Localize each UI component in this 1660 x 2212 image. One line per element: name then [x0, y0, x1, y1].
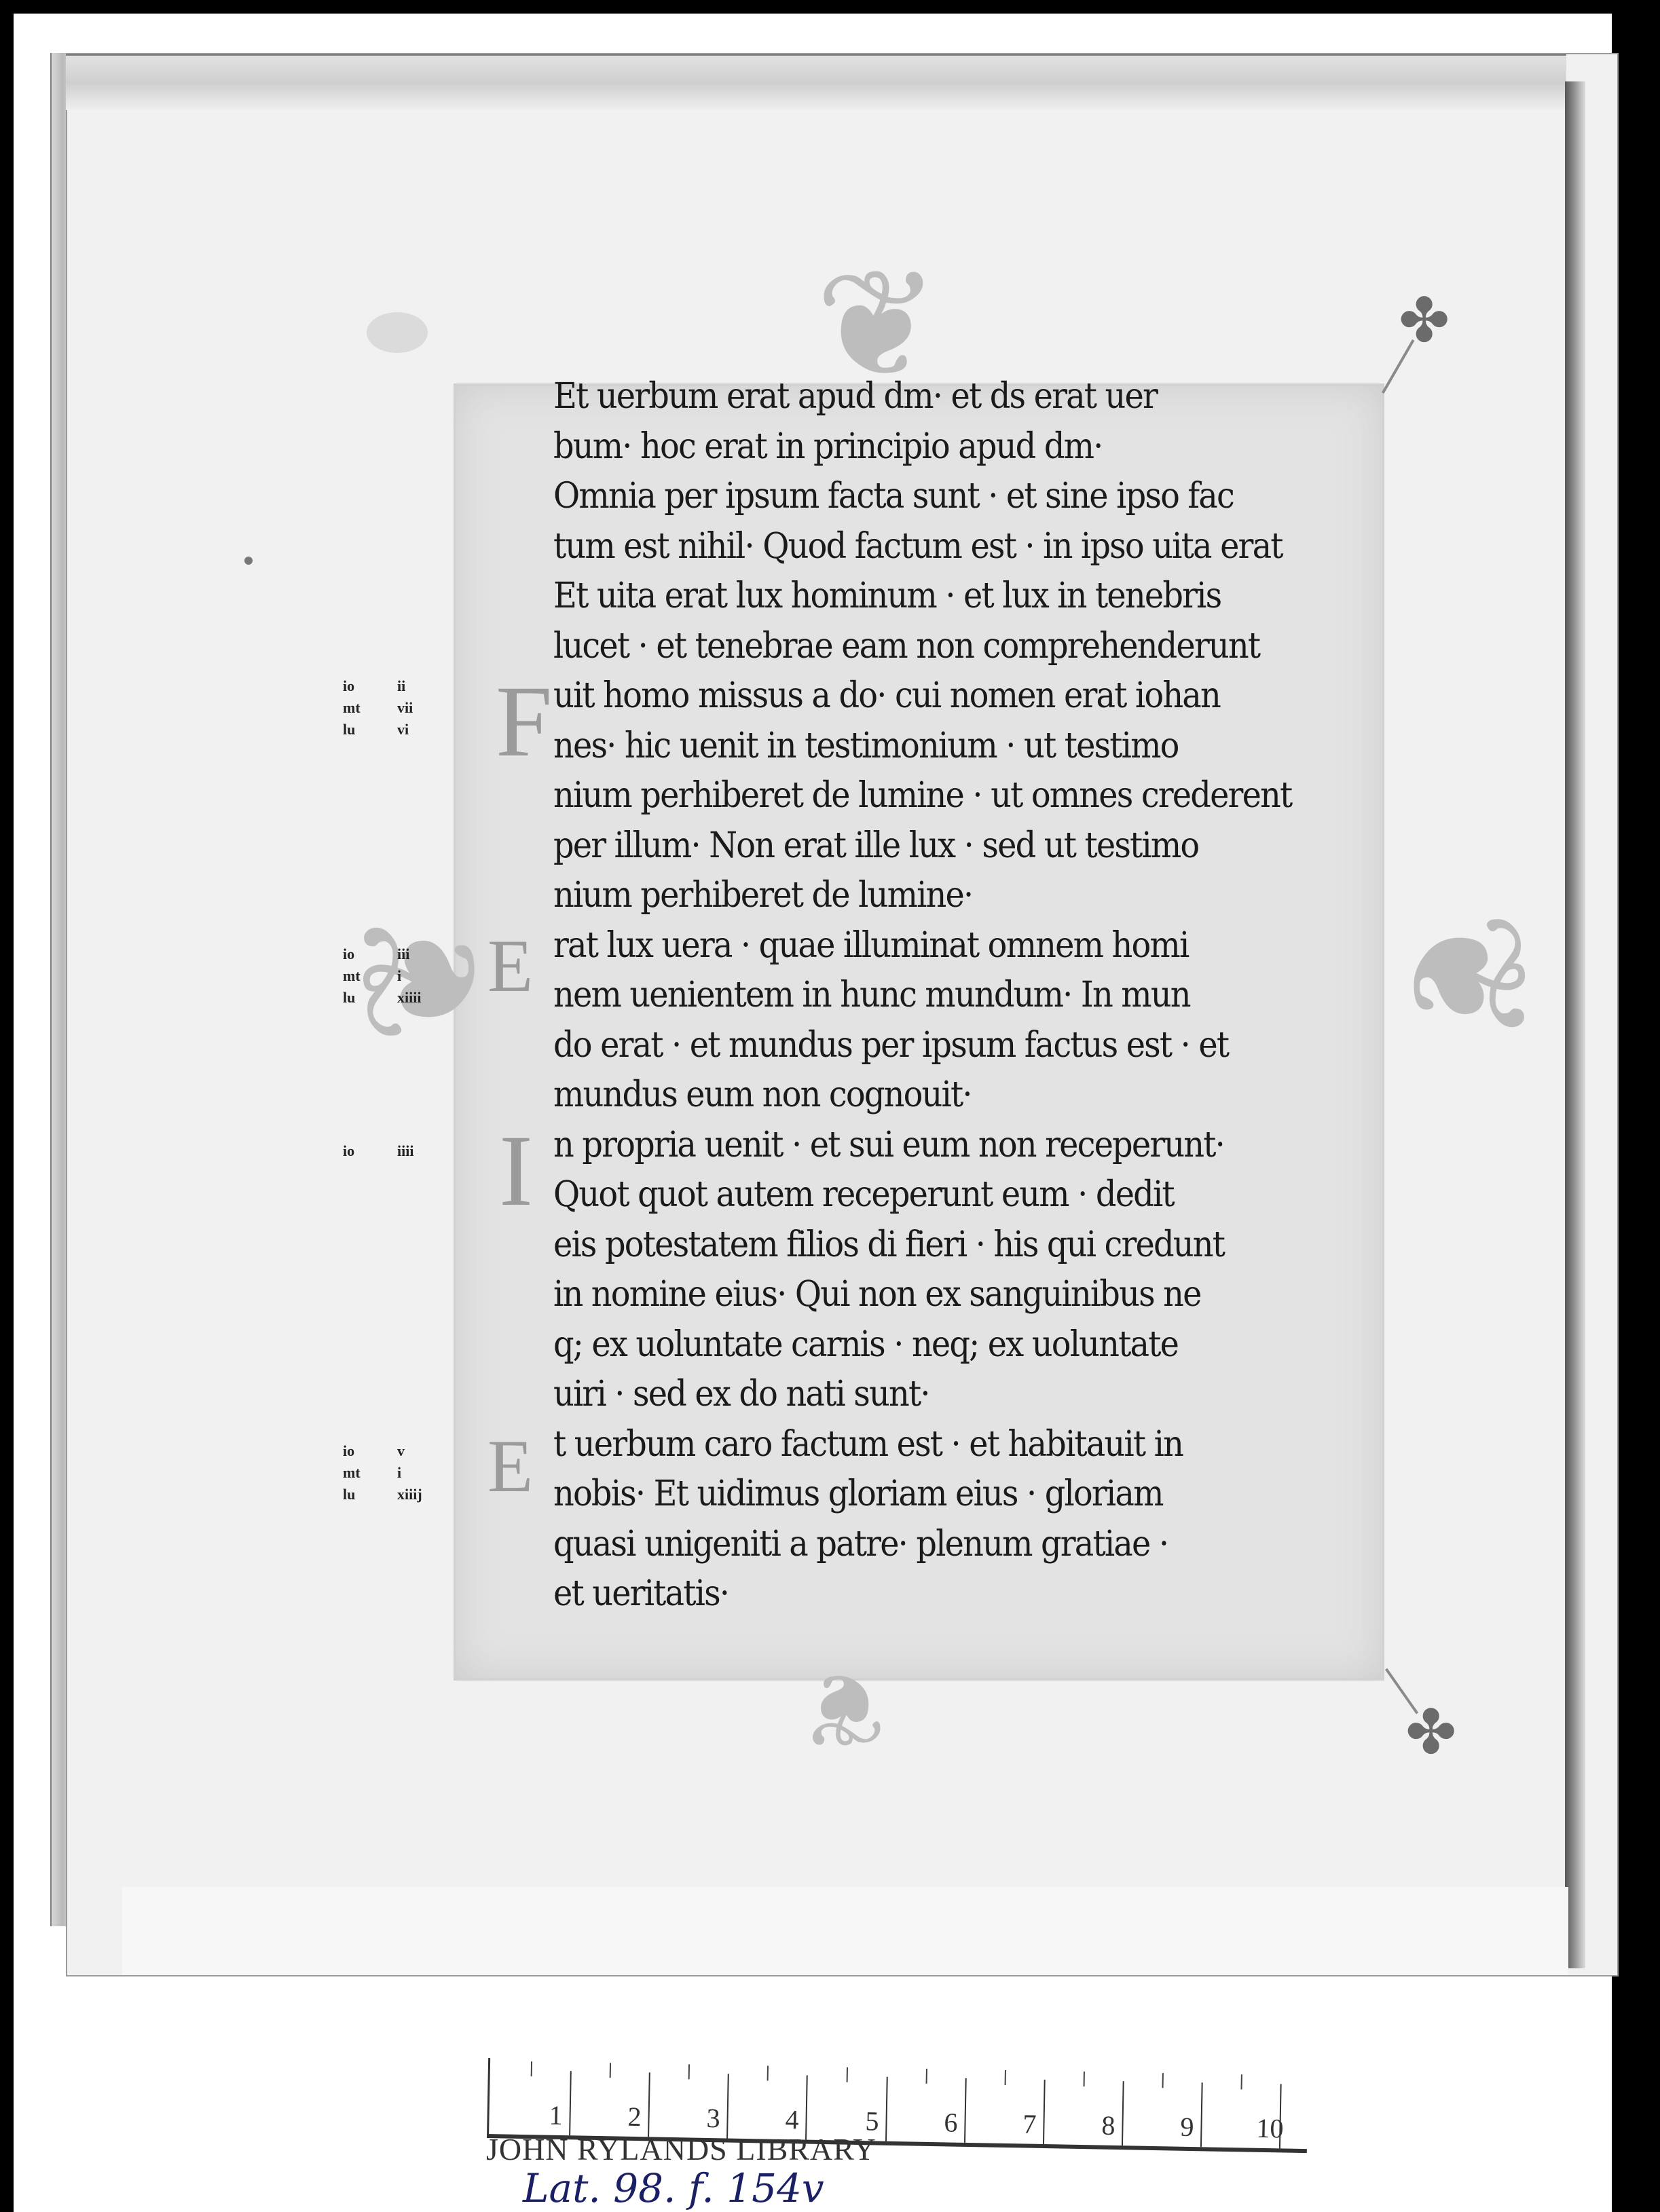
text-line: n propria uenit · et sui eum non receper… [553, 1121, 1303, 1171]
text-line: Et uita erat lux hominum · et lux in ten… [553, 571, 1303, 622]
initial-letter-e: E [487, 929, 533, 1003]
binding-gutter [1565, 81, 1585, 1968]
ruler-tick [964, 2078, 967, 2143]
initial-letter-i: I [499, 1120, 533, 1222]
text-line: nem uenientem in hunc mundum· In mun [553, 971, 1303, 1021]
ruler-half-tick [688, 2064, 690, 2079]
text-line: mundus eum non cognouit· [553, 1070, 1303, 1121]
stain [367, 312, 428, 353]
ruler-half-tick [610, 2063, 611, 2078]
section-number: i [397, 965, 401, 987]
text-line: per illum· Non erat ille lux · sed ut te… [553, 821, 1303, 871]
section-number: xiiij [397, 1484, 422, 1505]
ruler-number: 9 [1180, 2111, 1194, 2143]
text-line: eis potestatem filios di fieri · his qui… [553, 1220, 1303, 1271]
ruler-tick [885, 2077, 888, 2141]
ruler-half-tick [1162, 2073, 1164, 2088]
gospel-abbrev: mt [343, 1462, 378, 1484]
text-line: lucet · et tenebrae eam non comprehender… [553, 622, 1303, 672]
ruler-tick [648, 2072, 650, 2137]
text-line: nes· hic uenit in testimonium · ut testi… [553, 721, 1303, 772]
text-line: quasi unigeniti a patre· plenum gratiae … [553, 1520, 1303, 1570]
ruler-half-tick [1240, 2074, 1242, 2089]
gospel-abbrev: io [343, 1140, 378, 1162]
ruler-half-tick [926, 2069, 927, 2084]
text-line: tum est nihil· Quod factum est · in ipso… [553, 522, 1303, 572]
section-number: ii [397, 675, 405, 697]
gospel-text-block: Et uerbum erat apud dm· et ds erat uer b… [553, 372, 1368, 1619]
text-line: rat lux uera · quae illuminat omnem homi [553, 921, 1303, 971]
ruler-number: 3 [706, 2102, 720, 2134]
ruler-half-tick [767, 2066, 769, 2081]
gospel-abbrev: lu [343, 719, 378, 741]
text-line: Quot quot autem receperunt eum · dedit [553, 1170, 1303, 1220]
text-line: et ueritatis· [553, 1569, 1303, 1619]
text-line: t uerbum caro factum est · et habitauit … [553, 1420, 1303, 1470]
text-line: nium perhiberet de lumine· [553, 871, 1303, 921]
text-line: do erat · et mundus per ipsum factus est… [553, 1021, 1303, 1071]
gospel-abbrev: io [343, 675, 378, 697]
text-line: in nomine eius· Qui non ex sanguinibus n… [553, 1270, 1303, 1320]
section-number: iiii [397, 1140, 413, 1162]
ink-speck [244, 557, 253, 565]
ruler-tick [569, 2071, 572, 2135]
margin-note: ioiiii [343, 1140, 413, 1162]
ruler-tick [1122, 2081, 1124, 2145]
section-number: vii [397, 697, 413, 719]
section-number: v [397, 1440, 405, 1462]
section-number: vi [397, 719, 409, 741]
quatrefoil-icon: ✤ [1399, 285, 1450, 356]
margin-note: iov mti luxiiij [343, 1440, 422, 1505]
section-number: iii [397, 943, 409, 965]
ruler-tick [726, 2074, 729, 2138]
gospel-abbrev: mt [343, 965, 378, 987]
text-line: Et uerbum erat apud dm· et ds erat uer [553, 372, 1303, 422]
ruler-number: 10 [1256, 2112, 1284, 2145]
gospel-abbrev: io [343, 1440, 378, 1462]
ruler-tick [805, 2076, 808, 2140]
gospel-abbrev: lu [343, 987, 378, 1009]
ruler-number: 6 [944, 2106, 958, 2138]
text-line: nobis· Et uidimus gloriam eius · gloriam [553, 1469, 1303, 1520]
text-line: q; ex uoluntate carnis · neq; ex uolunta… [553, 1320, 1303, 1370]
gospel-abbrev: io [343, 943, 378, 965]
ruler-tick [1200, 2082, 1203, 2147]
ruler-half-tick [1005, 2070, 1006, 2085]
ruler-half-tick [1084, 2072, 1085, 2086]
text-line: nium perhiberet de lumine · ut omnes cre… [553, 771, 1303, 821]
ruler-number: 2 [627, 2101, 642, 2133]
ruler-half-tick [531, 2061, 532, 2076]
leaf-top-edge [66, 54, 1566, 110]
text-line: uiri · sed ex do nati sunt· [553, 1370, 1303, 1420]
ruler-number: 8 [1101, 2110, 1115, 2141]
gospel-abbrev: lu [343, 1484, 378, 1505]
initial-letter-e: E [487, 1429, 533, 1503]
ruler-number: 1 [549, 2099, 563, 2131]
margin-note: ioii mtvii luvi [343, 675, 413, 741]
gospel-abbrev: mt [343, 697, 378, 719]
initial-letter-f: F [496, 671, 552, 772]
margin-note: ioiii mti luxiiii [343, 943, 421, 1009]
section-number: xiiii [397, 987, 421, 1009]
ruler-half-tick [847, 2067, 848, 2082]
ruler-number: 7 [1022, 2107, 1037, 2139]
section-number: i [397, 1462, 401, 1484]
library-label: JOHN RYLANDS LIBRARY [486, 2131, 877, 2167]
shelfmark-handwritten: Lat. 98. f. 154v [523, 2165, 824, 2211]
text-line: Omnia per ipsum facta sunt · et sine ips… [553, 472, 1303, 522]
text-line: bum· hoc erat in principio apud dm· [553, 422, 1303, 472]
ruler-tick [1043, 2080, 1046, 2144]
text-line: uit homo missus a do· cui nomen erat ioh… [553, 671, 1303, 721]
lower-margin [122, 1887, 1568, 1975]
